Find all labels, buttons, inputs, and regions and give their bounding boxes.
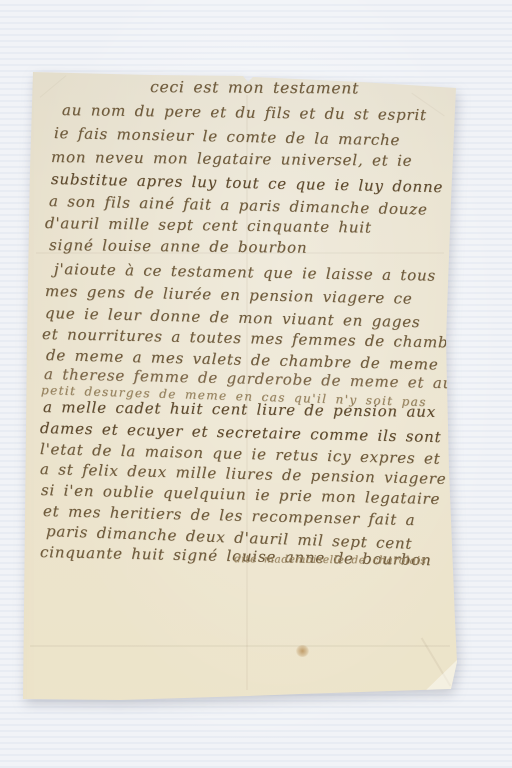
manuscript-line: d'auril mille sept cent cinquante huit (45, 214, 372, 237)
manuscript-line: ie fais monsieur le comte de la marche (54, 124, 401, 149)
paper-sheet: ceci est mon testament au nom du pere et… (0, 0, 512, 768)
manuscript-line: au nom du pere et du fils et du st espri… (62, 101, 427, 124)
archivist-annotation: dite mademoiselle de charolais (234, 553, 426, 567)
photo-backdrop: ceci est mon testament au nom du pere et… (0, 0, 512, 768)
manuscript-line: signé louise anne de bourbon (49, 236, 308, 257)
manuscript-line: j'aioute à ce testament que ie laisse a … (54, 260, 436, 285)
manuscript-line: substitue apres luy tout ce que ie luy d… (51, 170, 444, 196)
manuscript-line: mes gens de liurée en pension viagere ce (45, 282, 413, 308)
manuscript-title: ceci est mon testament (150, 78, 359, 97)
manuscript-line: mon neveu mon legataire universel, et ie (51, 148, 413, 170)
manuscript-line: a melle cadet huit cent liure de pension… (43, 398, 436, 421)
paper-shadow-wrap: ceci est mon testament au nom du pere et… (0, 0, 512, 768)
manuscript-text: ceci est mon testament au nom du pere et… (0, 0, 512, 768)
